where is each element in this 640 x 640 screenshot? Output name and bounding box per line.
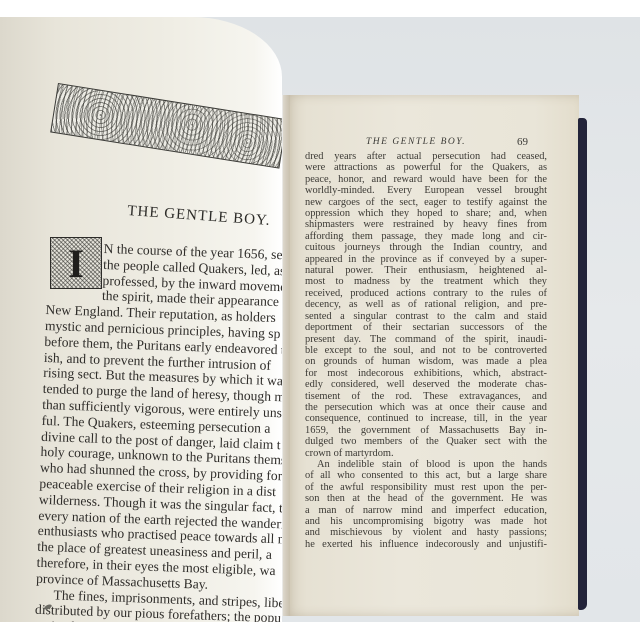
text-line: consequence, continued to increase, till… — [305, 413, 547, 424]
left-page-text: N the course of the year 1656, several t… — [34, 239, 282, 622]
text-line: and his uncompromising bigotry was made … — [305, 516, 547, 527]
text-line: ble except to the soul, and not to be co… — [305, 345, 547, 356]
text-line: crown of martyrdom. — [305, 448, 547, 459]
text-line: on grounds of human wisdom, was made a p… — [305, 356, 547, 367]
text-line: dulged two members of the Quaker sect wi… — [305, 436, 547, 447]
text-line: oppression which they hoped to share; an… — [305, 208, 547, 219]
text-line: edly considered, well deserved the moder… — [305, 379, 547, 390]
text-line: he exerted his influence indecorously an… — [305, 539, 547, 550]
text-line: affording them passage, they made long a… — [305, 231, 547, 242]
floral-ornament-icon — [50, 83, 282, 169]
text-line: received, produced actions contrary to t… — [305, 288, 547, 299]
text-line: new cargoes of the sect, eager to testif… — [305, 197, 547, 208]
left-page: THE GENTLE BOY. I N the course of the ye… — [0, 17, 282, 622]
text-line: most to madness by the treatment which t… — [305, 276, 547, 287]
text-line: cuitous journeys through the Indian coun… — [305, 242, 547, 253]
text-line: for most indecorous exhibitions, which, … — [305, 368, 547, 379]
running-header: THE GENTLE BOY. — [366, 137, 566, 147]
text-line: appeared in the province as if conveyed … — [305, 254, 547, 265]
text-line: deportment of their sectarian successors… — [305, 322, 547, 333]
text-line: peace, honor, and reward would have been… — [305, 174, 547, 185]
text-line: son then at the head of the government. … — [305, 493, 547, 504]
text-line: decency, as well as of rational religion… — [305, 299, 547, 310]
page-number: 69 — [517, 136, 528, 148]
right-page-text: dred years after actual persecution had … — [305, 151, 547, 550]
text-line: a man of narrow mind and imperfect educa… — [305, 505, 547, 516]
book-cover-edge — [578, 118, 587, 610]
text-line: sented a singular contrast to the calm a… — [305, 311, 547, 322]
text-line: and mischievous by violent and hasty pas… — [305, 527, 547, 538]
text-line: An indelible stain of blood is upon the … — [305, 459, 547, 470]
text-line: worldly-minded. Every European vessel br… — [305, 185, 547, 196]
chapter-title: THE GENTLE BOY. — [127, 203, 271, 230]
text-line: tisement of the rod. These extravagances… — [305, 391, 547, 402]
text-line: 1659, the government of Massachusetts Ba… — [305, 425, 547, 436]
text-line: of all who consented to this act, but a … — [305, 470, 547, 481]
text-line: shipmasters were restrained by heavy fin… — [305, 219, 547, 230]
text-line: natural power. Their enthusiasm, heighte… — [305, 265, 547, 276]
text-line: dred years after actual persecution had … — [305, 151, 547, 162]
text-line: of the awful responsibility must rest up… — [305, 482, 547, 493]
text-line: were attractions as powerful for the Qua… — [305, 162, 547, 173]
text-line: present day. The command of the spirit, … — [305, 334, 547, 345]
text-line: the persecution which was at once their … — [305, 402, 547, 413]
